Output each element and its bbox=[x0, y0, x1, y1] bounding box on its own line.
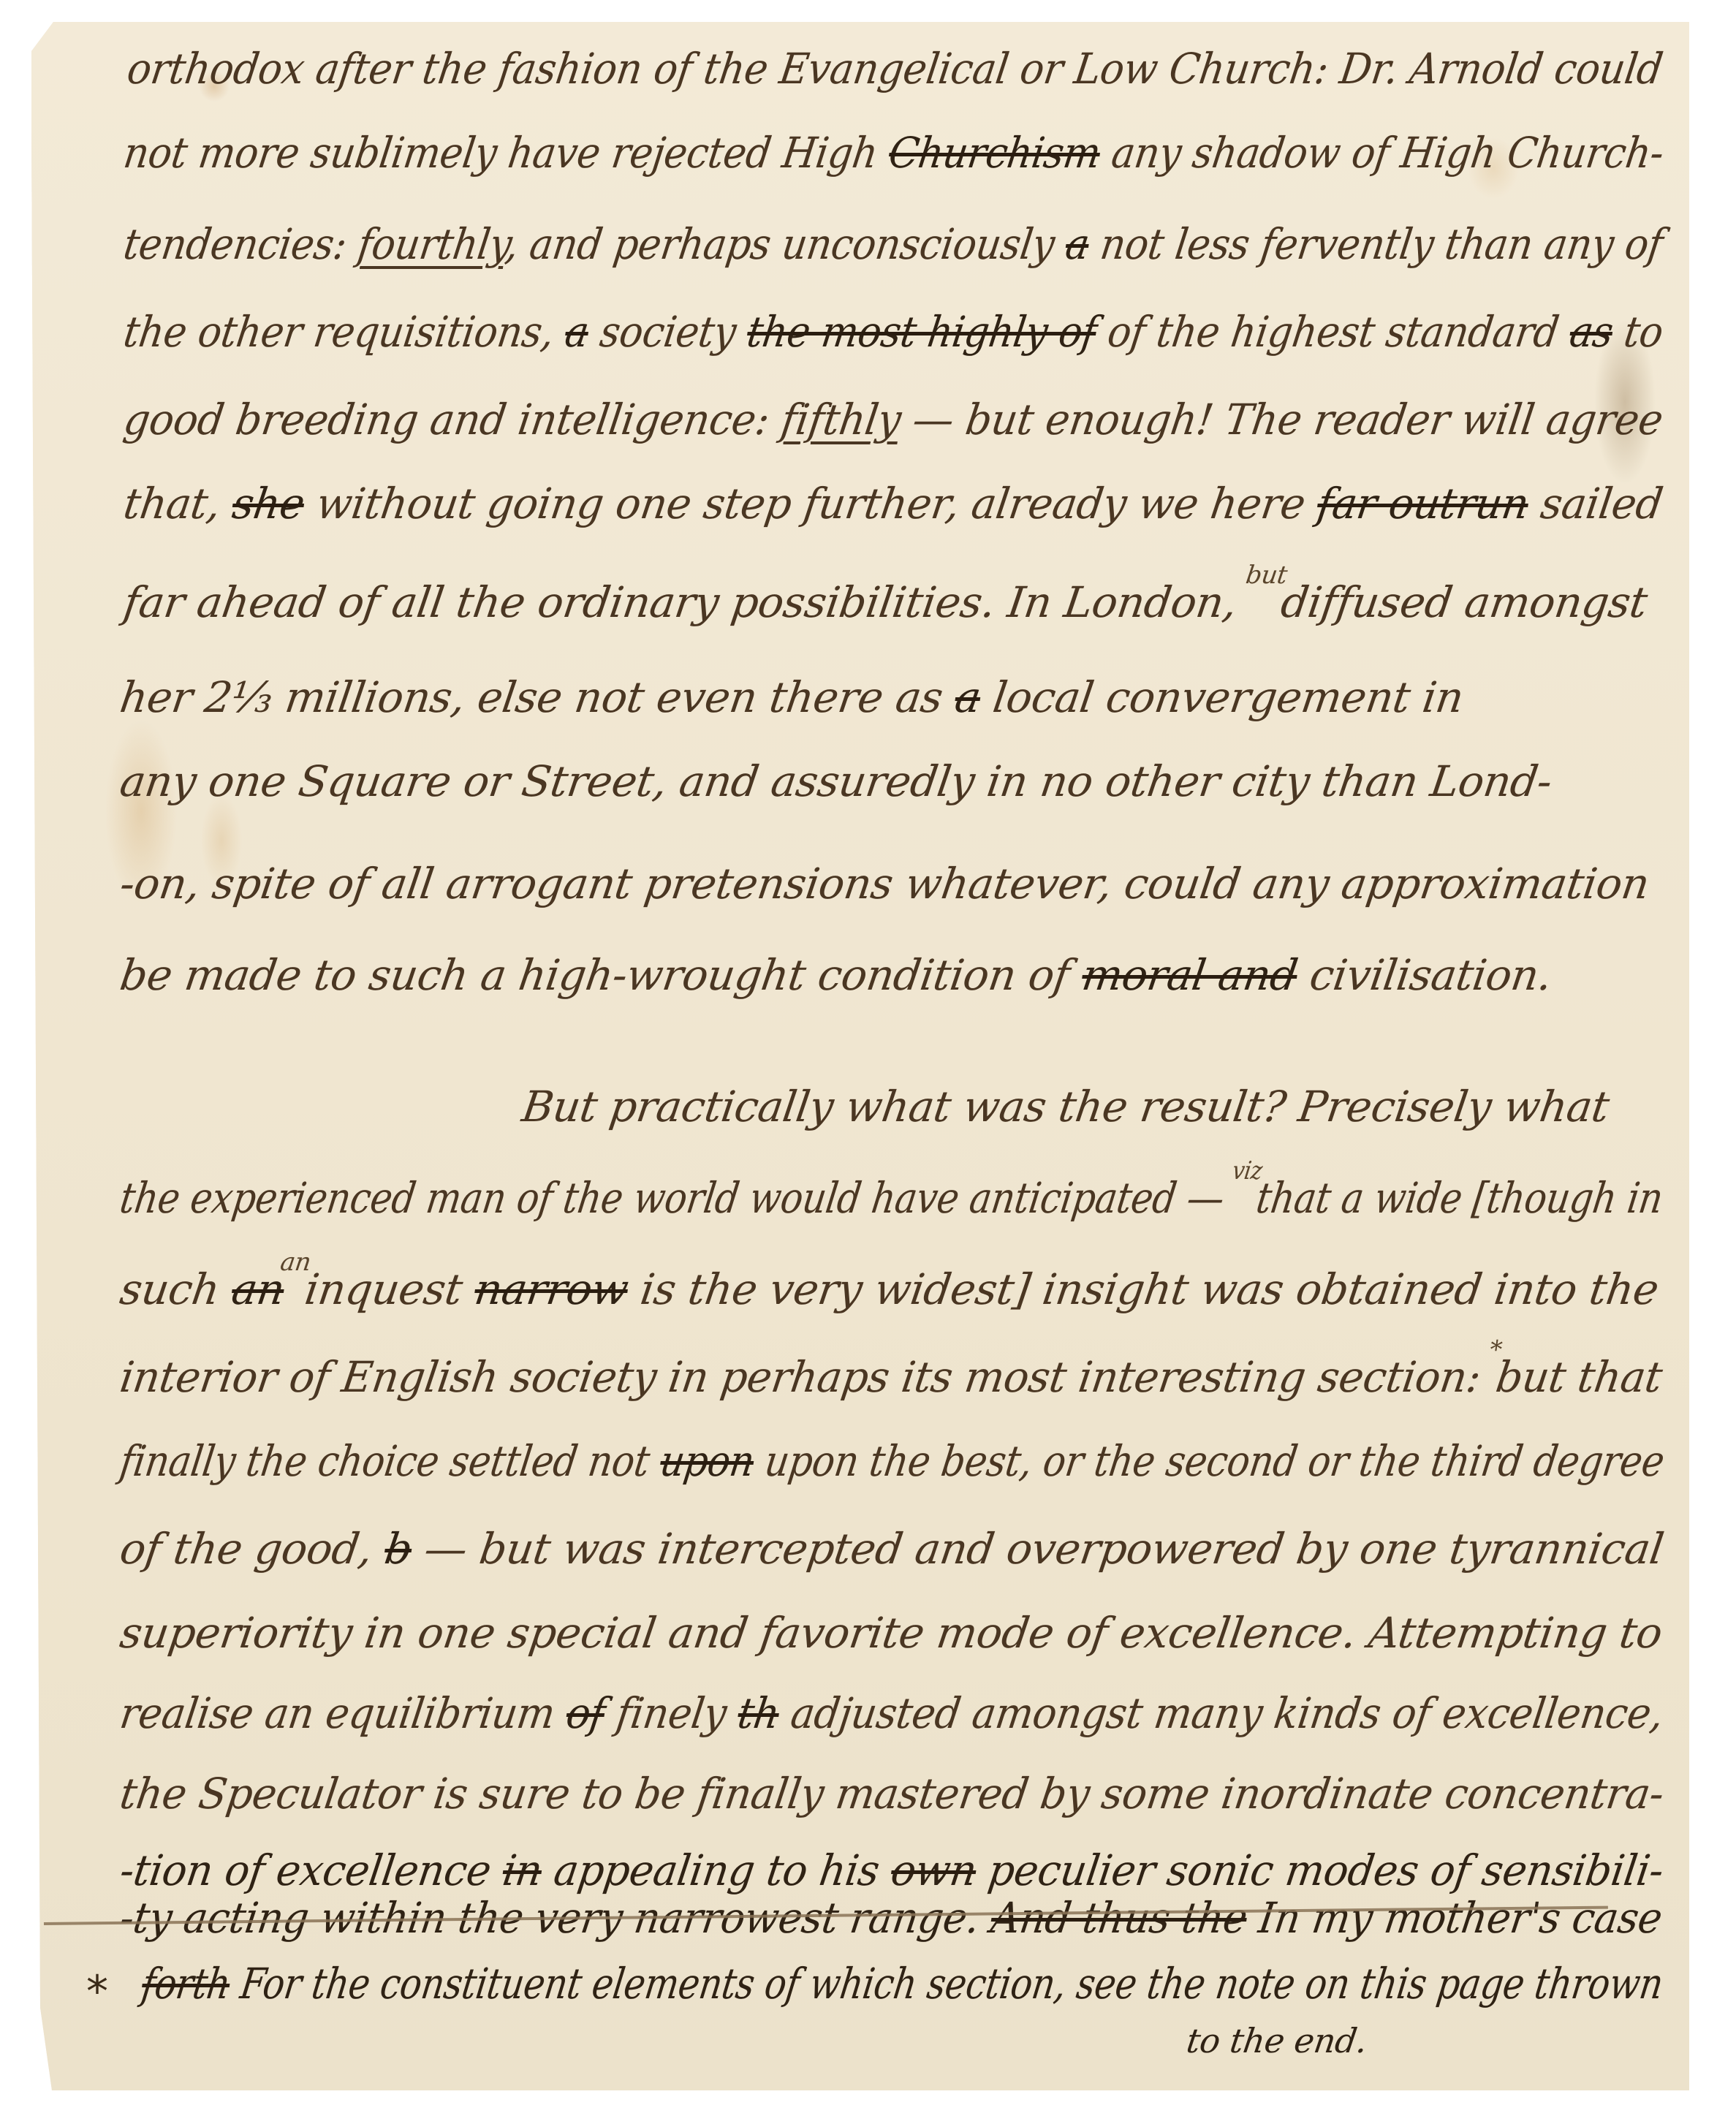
line-text: the Speculator is sure to be finally mas… bbox=[117, 1769, 1667, 1818]
line-text: inquest bbox=[289, 1264, 479, 1314]
line-text: appealing to his bbox=[538, 1846, 895, 1895]
line-text: realise an equilibrium bbox=[117, 1688, 570, 1738]
underlined-text: fourthly bbox=[355, 219, 509, 269]
line-text: good breeding and intelligence: bbox=[121, 395, 785, 444]
manuscript-line-19: realise an equilibrium of finely th adju… bbox=[117, 1688, 1667, 1738]
inserted-text: viz bbox=[1230, 1156, 1264, 1186]
line-text: interior of English society in perhaps i… bbox=[117, 1352, 1497, 1402]
manuscript-line-15: interior of English society in perhaps i… bbox=[117, 1352, 1665, 1402]
line-text: civilisation. bbox=[1294, 950, 1555, 1000]
line-text: In my mother's case bbox=[1243, 1893, 1665, 1943]
struck-text: And thus the bbox=[988, 1893, 1251, 1943]
struck-text: narrow bbox=[471, 1264, 632, 1314]
inserted-text: but bbox=[1244, 561, 1289, 590]
line-text: that, bbox=[121, 479, 236, 528]
manuscript-line-3: tendencies: fourthly, and perhaps uncons… bbox=[121, 219, 1666, 269]
line-text: — but was intercepted and overpowered by… bbox=[409, 1524, 1667, 1574]
manuscript-line-20: the Speculator is sure to be finally mas… bbox=[117, 1769, 1667, 1818]
line-text: -tion of excellence bbox=[117, 1846, 507, 1895]
line-text: the experienced man of the world would h… bbox=[117, 1173, 1238, 1223]
line-text: to bbox=[1609, 307, 1666, 357]
struck-text: in bbox=[500, 1846, 545, 1895]
line-text: that a wide [though in bbox=[1242, 1173, 1666, 1223]
line-text: of the highest standard bbox=[1093, 307, 1574, 357]
manuscript-line-22: -ty acting within the very narrowest ran… bbox=[117, 1893, 1665, 1943]
line-text: — but enough! The reader will agree bbox=[897, 395, 1666, 444]
line-text: orthodox after the fashion of the Evange… bbox=[124, 44, 1666, 94]
line-text: be made to such a high-wrought condition… bbox=[117, 950, 1086, 1000]
struck-text: the most highly of bbox=[744, 307, 1099, 357]
line-text: society bbox=[585, 307, 751, 357]
line-text: upon the best, or the second or the thir… bbox=[750, 1436, 1667, 1486]
manuscript-line-8: her 2⅓ millions, else not even there as … bbox=[117, 672, 1466, 722]
line-text: sailed bbox=[1525, 479, 1666, 528]
struck-text: moral and bbox=[1079, 950, 1300, 1000]
line-text: the other requisitions, bbox=[121, 307, 569, 357]
struck-text: as bbox=[1566, 307, 1615, 357]
footnote-continuation-text: to the end. bbox=[1184, 2021, 1370, 2060]
manuscript-line-5: good breeding and intelligence: fifthly … bbox=[121, 395, 1666, 444]
line-text: but that bbox=[1480, 1352, 1665, 1402]
line-text: such bbox=[117, 1264, 235, 1314]
manuscript-line-10: -on, spite of all arrogant pretensions w… bbox=[117, 859, 1652, 909]
line-text: far ahead of all the ordinary possibilit… bbox=[121, 577, 1253, 627]
struck-text: upon bbox=[657, 1436, 757, 1486]
footnote-asterisk-icon: * bbox=[86, 1966, 108, 2017]
inserted-text: an bbox=[278, 1248, 313, 1277]
manuscript-line-9: any one Square or Street, and assuredly … bbox=[117, 756, 1555, 806]
line-text: superiority in one special and favorite … bbox=[117, 1608, 1665, 1658]
manuscript-line-21: -tion of excellence in appealing to his … bbox=[117, 1846, 1667, 1895]
line-text: any one Square or Street, and assuredly … bbox=[117, 756, 1555, 806]
manuscript-line-14: such anan inquest narrow is the very wid… bbox=[117, 1264, 1661, 1314]
manuscript-line-16: finally the choice settled not upon upon… bbox=[117, 1436, 1667, 1486]
line-text: not less fervently than any of bbox=[1085, 219, 1666, 269]
line-text: any shadow of High Church- bbox=[1096, 128, 1667, 178]
manuscript-line-7: far ahead of all the ordinary possibilit… bbox=[121, 577, 1650, 627]
underlined-text: fifthly bbox=[778, 395, 903, 444]
line-text: , and perhaps unconsciously bbox=[503, 219, 1069, 269]
struck-text: own bbox=[888, 1846, 979, 1895]
footnote-line: forth For the constituent elements of wh… bbox=[139, 1959, 1666, 2009]
footnote-continuation: to the end. bbox=[1184, 2021, 1370, 2060]
manuscript-line-2: not more sublimely have rejected High Ch… bbox=[121, 128, 1667, 178]
line-text: local convergement in bbox=[977, 672, 1466, 722]
struck-text: th bbox=[735, 1688, 782, 1738]
line-text: tendencies: bbox=[121, 219, 362, 269]
line-text: diffused amongst bbox=[1265, 577, 1650, 627]
line-text: finely bbox=[601, 1688, 742, 1738]
manuscript-line-11: be made to such a high-wrought condition… bbox=[117, 950, 1555, 1000]
line-text: without going one step further, already … bbox=[300, 479, 1321, 528]
manuscript-line-1: orthodox after the fashion of the Evange… bbox=[124, 44, 1666, 94]
struck-text: far outrun bbox=[1314, 479, 1532, 528]
manuscript-line-13: the experienced man of the world would h… bbox=[117, 1173, 1666, 1223]
footnote-text: For the constituent elements of which se… bbox=[238, 1959, 1667, 2009]
line-text: not more sublimely have rejected High bbox=[121, 128, 892, 178]
manuscript-line-17: of the good, b — but was intercepted and… bbox=[117, 1524, 1667, 1574]
manuscript-line-12: But practically what was the result? Pre… bbox=[519, 1082, 1612, 1131]
struck-text: Churchism bbox=[886, 128, 1104, 178]
struck-text: forth bbox=[139, 1959, 233, 2009]
manuscript-line-6: that, she without going one step further… bbox=[121, 479, 1666, 528]
line-text: finally the choice settled not bbox=[117, 1436, 664, 1486]
manuscript-line-4: the other requisitions, a society the mo… bbox=[121, 307, 1667, 357]
line-text: adjusted amongst many kinds of excellenc… bbox=[776, 1688, 1667, 1738]
line-text: her 2⅓ millions, else not even there as bbox=[117, 672, 959, 722]
line-text: But practically what was the result? Pre… bbox=[519, 1082, 1612, 1131]
line-text: peculier sonic modes of sensibili- bbox=[973, 1846, 1667, 1895]
struck-text: she bbox=[230, 479, 308, 528]
line-text: of the good, bbox=[117, 1524, 389, 1574]
line-text: is the very widest] insight was obtained… bbox=[624, 1264, 1661, 1314]
line-text: -on, spite of all arrogant pretensions w… bbox=[117, 859, 1652, 909]
manuscript-line-18: superiority in one special and favorite … bbox=[117, 1608, 1665, 1658]
